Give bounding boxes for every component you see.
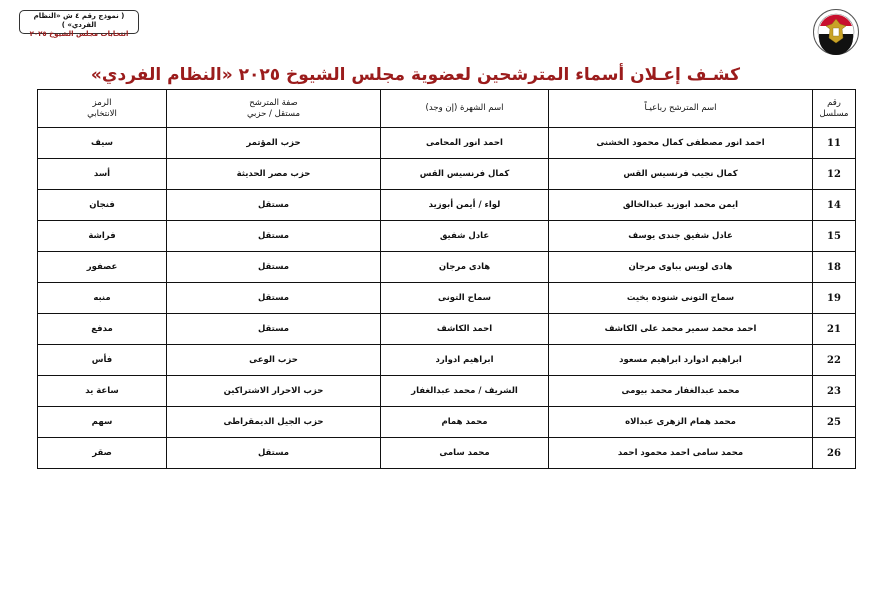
table-row: 14ايمن محمد ابوزيد عبدالخالقلواء / أيمن … xyxy=(38,190,856,221)
table-row: 25محمد همام الزهرى عبدالاهمحمد همامحزب ا… xyxy=(38,407,856,438)
column-header-serial: رقم مسلسل xyxy=(813,90,856,128)
nickname-cell: احمد انور المحامى xyxy=(381,128,549,159)
name-cell: سماح التونى شنوده بخيت xyxy=(549,283,813,314)
name-cell: هادى لويس بباوى مرجان xyxy=(549,252,813,283)
form-number-label: ( نموذج رقم ٤ ش «النظام الفردي» ) انتخاب… xyxy=(19,10,139,34)
name-cell: محمد عبدالغفار محمد بيومى xyxy=(549,376,813,407)
table-row: 26محمد سامى احمد محمود احمدمحمد سامىمستق… xyxy=(38,438,856,469)
nickname-cell: محمد سامى xyxy=(381,438,549,469)
table-row: 18هادى لويس بباوى مرجانهادى مرجانمستقلعص… xyxy=(38,252,856,283)
nickname-cell: كمال فرنسيس القس xyxy=(381,159,549,190)
type-cell: حزب المؤتمر xyxy=(167,128,381,159)
symbol-header-line2: الانتخابي xyxy=(87,109,117,119)
table-row: 11احمد انور مصطفى كمال محمود الخشنىاحمد … xyxy=(38,128,856,159)
serial-cell: 15 xyxy=(813,221,856,252)
serial-cell: 12 xyxy=(813,159,856,190)
symbol-header-line1: الرمز xyxy=(93,98,112,108)
table-row: 15عادل شفيق جندى يوسفعادل شفيقمستقلفراشة xyxy=(38,221,856,252)
table-row: 23محمد عبدالغفار محمد بيومىالشريف / محمد… xyxy=(38,376,856,407)
type-cell: مستقل xyxy=(167,314,381,345)
type-cell: حزب الجيل الديمقراطى xyxy=(167,407,381,438)
serial-cell: 23 xyxy=(813,376,856,407)
serial-header-line1: رقم xyxy=(827,98,841,108)
symbol-cell: سيف xyxy=(38,128,167,159)
nickname-cell: سماح التونى xyxy=(381,283,549,314)
table-row: 12كمال نجيب فرنسيس القسكمال فرنسيس القسح… xyxy=(38,159,856,190)
serial-header-line2: مسلسل xyxy=(820,109,849,119)
type-cell: حزب الاحرار الاشتراكين xyxy=(167,376,381,407)
symbol-cell: عصفور xyxy=(38,252,167,283)
type-header-line2: مستقل / حزبي xyxy=(247,109,300,119)
name-cell: محمد سامى احمد محمود احمد xyxy=(549,438,813,469)
type-cell: مستقل xyxy=(167,221,381,252)
column-header-full-name: اسم المترشح رباعيـاً xyxy=(549,90,813,128)
serial-cell: 22 xyxy=(813,345,856,376)
column-header-candidate-type: صفة المترشح مستقل / حزبي xyxy=(167,90,381,128)
table-row: 19سماح التونى شنوده بخيتسماح التونىمستقل… xyxy=(38,283,856,314)
serial-cell: 14 xyxy=(813,190,856,221)
nickname-cell: هادى مرجان xyxy=(381,252,549,283)
symbol-cell: مدفع xyxy=(38,314,167,345)
symbol-cell: ساعة يد xyxy=(38,376,167,407)
candidates-table: رقم مسلسل اسم المترشح رباعيـاً اسم الشهر… xyxy=(37,89,856,469)
column-header-nickname: اسم الشهرة (إن وجد) xyxy=(381,90,549,128)
nickname-cell: الشريف / محمد عبدالغفار xyxy=(381,376,549,407)
name-cell: محمد همام الزهرى عبدالاه xyxy=(549,407,813,438)
symbol-cell: فنجان xyxy=(38,190,167,221)
type-header-line1: صفة المترشح xyxy=(249,98,298,108)
type-cell: حزب مصر الحديثة xyxy=(167,159,381,190)
name-cell: عادل شفيق جندى يوسف xyxy=(549,221,813,252)
nickname-cell: عادل شفيق xyxy=(381,221,549,252)
name-cell: ايمن محمد ابوزيد عبدالخالق xyxy=(549,190,813,221)
table-row: 22ابراهيم ادوارد ابراهيم مسعودابراهيم اد… xyxy=(38,345,856,376)
nickname-cell: محمد همام xyxy=(381,407,549,438)
serial-cell: 25 xyxy=(813,407,856,438)
name-cell: احمد انور مصطفى كمال محمود الخشنى xyxy=(549,128,813,159)
type-cell: مستقل xyxy=(167,252,381,283)
nickname-cell: ابراهيم ادوارد xyxy=(381,345,549,376)
serial-cell: 19 xyxy=(813,283,856,314)
serial-cell: 21 xyxy=(813,314,856,345)
serial-cell: 11 xyxy=(813,128,856,159)
symbol-cell: فأس xyxy=(38,345,167,376)
nickname-cell: لواء / أيمن أبوزيد xyxy=(381,190,549,221)
serial-cell: 18 xyxy=(813,252,856,283)
symbol-cell: أسد xyxy=(38,159,167,190)
symbol-cell: فراشة xyxy=(38,221,167,252)
type-cell: مستقل xyxy=(167,283,381,314)
form-number-text: ( نموذج رقم ٤ ش «النظام الفردي» ) xyxy=(20,12,138,30)
election-name-text: انتخابات مجلس الشيوخ ٢٠٢٥ xyxy=(20,30,138,39)
page-title: كشـف إعـلان أسماء المترشحين لعضوية مجلس … xyxy=(150,65,740,85)
name-cell: احمد محمد سمير محمد على الكاشف xyxy=(549,314,813,345)
national-election-authority-logo-icon xyxy=(812,8,860,56)
table-header-row: رقم مسلسل اسم المترشح رباعيـاً اسم الشهر… xyxy=(38,90,856,128)
name-cell: ابراهيم ادوارد ابراهيم مسعود xyxy=(549,345,813,376)
symbol-cell: سهم xyxy=(38,407,167,438)
type-cell: حزب الوعى xyxy=(167,345,381,376)
nickname-cell: احمد الكاشف xyxy=(381,314,549,345)
symbol-cell: منبه xyxy=(38,283,167,314)
serial-cell: 26 xyxy=(813,438,856,469)
name-cell: كمال نجيب فرنسيس القس xyxy=(549,159,813,190)
symbol-cell: صقر xyxy=(38,438,167,469)
table-row: 21احمد محمد سمير محمد على الكاشفاحمد الك… xyxy=(38,314,856,345)
type-cell: مستقل xyxy=(167,438,381,469)
column-header-electoral-symbol: الرمز الانتخابي xyxy=(38,90,167,128)
type-cell: مستقل xyxy=(167,190,381,221)
